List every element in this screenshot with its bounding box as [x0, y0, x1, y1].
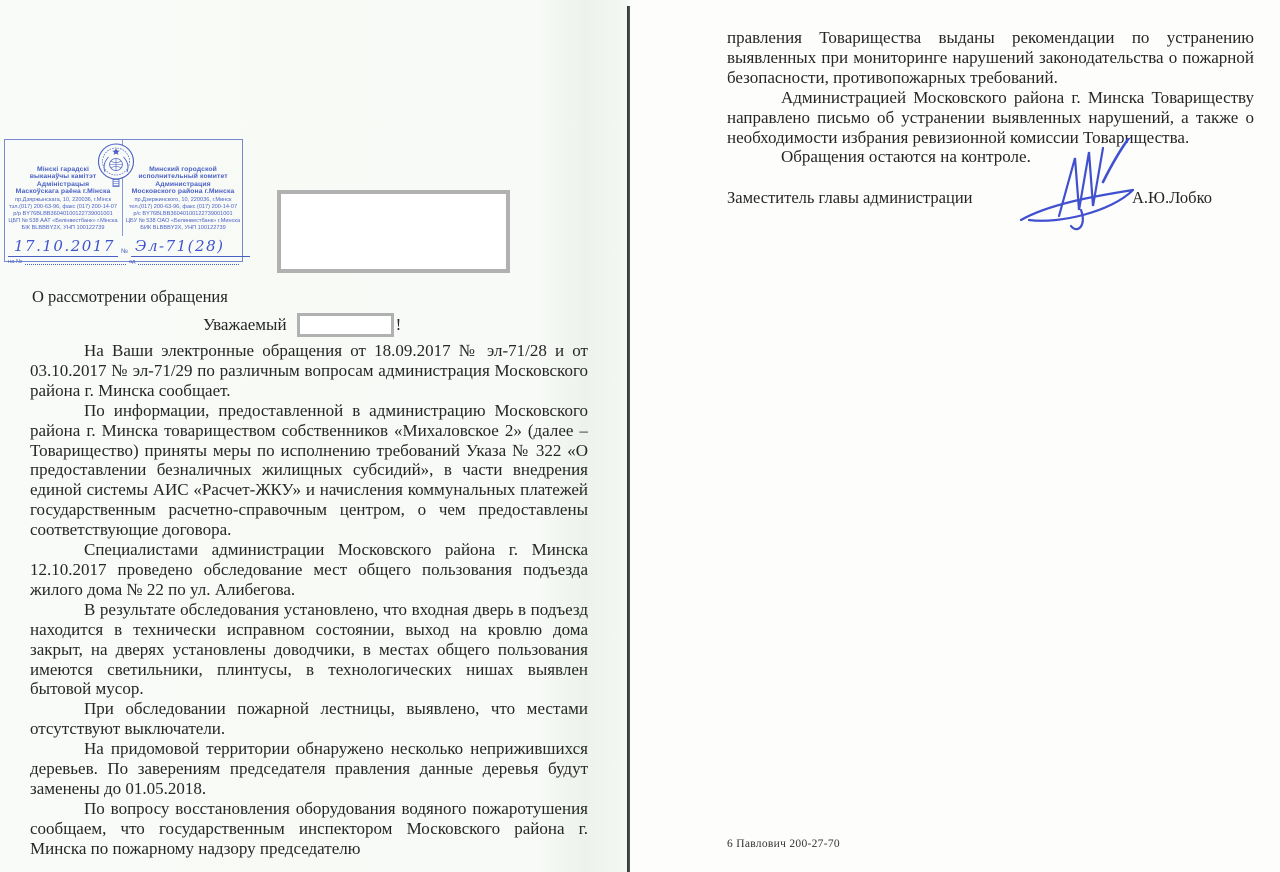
stamp-detail-line: пр.Дзяржынскага, 10, 220036, г.Мінск [6, 197, 120, 204]
redaction-box-name [297, 313, 394, 337]
stamp-detail-line: тел.(017) 200-63-96, факс (017) 200-14-0… [124, 204, 242, 211]
signer-name: А.Ю.Лобко [1132, 188, 1212, 208]
body-paragraph: При обследовании пожарной лестницы, выяв… [30, 699, 588, 739]
stamp-org-line: Маскоўскага раёна г.Мінска [6, 188, 120, 195]
stamp-org-line: выканаўчы камітэт [6, 173, 120, 180]
body-paragraph: Администрацией Московского района г. Мин… [727, 88, 1254, 148]
body-paragraph: Специалистами администрации Московского … [30, 540, 588, 600]
body-paragraph: На придомовой территории обнаружено неск… [30, 739, 588, 799]
salutation-punct: ! [396, 315, 402, 335]
ref-label-right: ад [129, 259, 136, 265]
stamp-belarusian-column: Мінскі гарадскі выканаўчы камітэт Адміні… [6, 166, 120, 233]
signer-title: Заместитель главы администрации [727, 188, 973, 208]
body-paragraph: В результате обследования установлено, ч… [30, 600, 588, 700]
executor-footer-note: 6 Павлович 200-27-70 [727, 838, 840, 850]
stamp-detail-line: БИК BLBBBY2X, УНП 100122739 [124, 225, 242, 232]
ref-label-left: на № [8, 259, 22, 265]
stamp-org-line: исполнительный комитет [124, 173, 242, 180]
page2-body-text: правления Товарищества выданы рекомендац… [727, 28, 1254, 167]
stamp-russian-column: Минский городской исполнительный комитет… [124, 166, 242, 233]
number-sign: № [118, 248, 131, 257]
ref-dotted-line [138, 259, 239, 265]
ref-dotted-line [25, 259, 126, 265]
body-paragraph: На Ваши электронные обращения от 18.09.2… [30, 341, 588, 401]
stamp-detail-line: р/р BY76BLBB36040100122739001001 [6, 211, 120, 218]
official-stamp: Мінскі гарадскі выканаўчы камітэт Адміні… [4, 139, 243, 262]
stamp-detail-line: ЦБП № 538 ААТ «Белінвестбанк» г.Мінска [6, 218, 120, 225]
stamp-date-number-row: 17.10.2017 № Эл-71(28) [8, 235, 250, 257]
body-paragraph: правления Товарищества выданы рекомендац… [727, 28, 1254, 88]
signoff-row: Заместитель главы администрации А.Ю.Лобк… [727, 188, 1254, 208]
body-paragraph: По информации, предоставленной в админис… [30, 401, 588, 540]
stamp-org-line: Московского района г.Минска [124, 188, 242, 195]
body-paragraph: По вопросу восстановления оборудования в… [30, 799, 588, 859]
salutation-text: Уважаемый [203, 315, 287, 335]
stamp-detail-line: пр.Дзержинского, 10, 220036, г.Минск [124, 197, 242, 204]
redaction-box-recipient [277, 190, 510, 273]
handwritten-ref-number: Эл-71(28) [135, 237, 224, 255]
handwritten-date: 17.10.2017 [14, 237, 115, 255]
handwritten-signature [1015, 138, 1143, 238]
stamp-reference-row: на № ад [8, 259, 242, 265]
page1-body-text: На Ваши электронные обращения от 18.09.2… [30, 341, 588, 859]
stamp-detail-line: р/с BY76BLBB36040100122739001001 [124, 211, 242, 218]
letter-page-1: Мінскі гарадскі выканаўчы камітэт Адміні… [0, 0, 628, 872]
stamp-detail-line: БІК BLBBBY2X, УНП 100122739 [6, 225, 120, 232]
salutation-line: Уважаемый ! [30, 313, 590, 337]
stamp-detail-line: ЦБУ № 538 ОАО «Белинвестбанк» г.Минска [124, 218, 242, 225]
body-paragraph: Обращения остаются на контроле. [727, 147, 1254, 167]
stamp-detail-line: тэл.(017) 200-63-96, факс (017) 200-14-0… [6, 204, 120, 211]
subject-line: О рассмотрении обращения [32, 287, 228, 307]
